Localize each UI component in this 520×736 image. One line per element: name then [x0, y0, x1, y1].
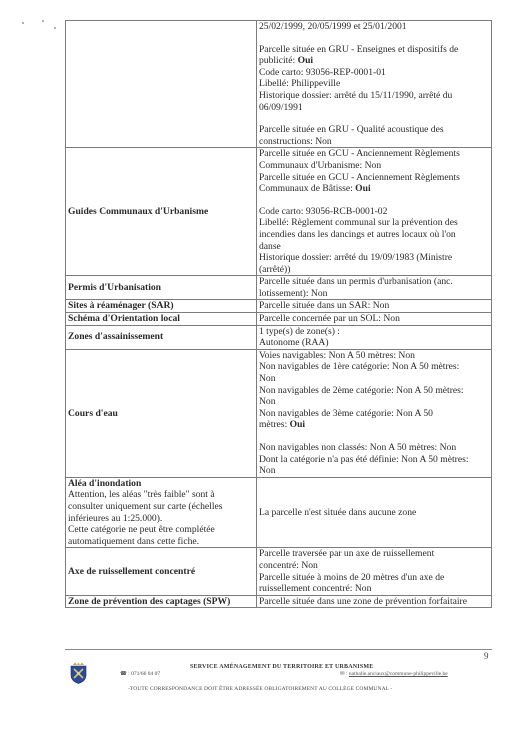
value-text: Non navigables non classés: Non A 50 mèt… [259, 442, 456, 453]
row-label-text: Guides Communaux d'Urbanisme [68, 206, 254, 218]
value-text: 25/02/1999, 20/05/1999 et 25/01/2001 [259, 21, 407, 32]
value-text: Parcelle située dans un SAR: Non [259, 300, 389, 311]
row-value: Parcelle située dans un SAR: Non [256, 300, 491, 313]
value-text: Communaux d'Urbanisme: Non [259, 160, 381, 171]
row-label-note: consulter uniquement sur carte (échelles [68, 501, 254, 513]
row-value: Parcelle concernée par un SOL: Non [256, 313, 491, 326]
page-number: 9 [484, 651, 489, 661]
row-label: Guides Communaux d'Urbanisme [66, 148, 257, 276]
value-line: Code carto: 93056-REP-0001-01 [259, 67, 489, 79]
value-line: Non [259, 396, 489, 408]
row-value: Parcelle située dans une zone de prévent… [256, 595, 491, 608]
scan-specks [20, 18, 60, 30]
value-text: Parcelle située en GCU - Anciennement Rè… [259, 148, 460, 159]
value-line: constructions: Non [259, 136, 489, 148]
value-line: Parcelle située en GCU - Anciennement Rè… [259, 172, 489, 184]
table-row: Aléa d'inondationAttention, les aléas "t… [66, 477, 492, 548]
value-line: Non [259, 373, 489, 385]
value-text: Non [259, 373, 276, 384]
value-line: Parcelle située dans un permis d'urbanis… [259, 276, 489, 288]
value-text: danse [259, 241, 281, 252]
value-text: La parcelle n'est située dans aucune zon… [259, 507, 416, 518]
value-line: Parcelle située à moins de 20 mètres d'u… [259, 572, 489, 584]
value-line: Historique dossier: arrêté du 15/11/1990… [259, 90, 489, 102]
footer-divider [65, 649, 492, 650]
value-line: publicité: Oui [259, 55, 489, 67]
paragraph-gap [259, 113, 489, 124]
envelope-icon: ✉ [340, 671, 345, 677]
value-text: Libellé: Règlement communal sur la préve… [259, 217, 458, 228]
value-line: 06/09/1991 [259, 102, 489, 114]
row-label: Permis d'Urbanisation [66, 276, 257, 300]
value-line: Parcelle concernée par un SOL: Non [259, 313, 489, 325]
value-text: (arrêté)) [259, 264, 290, 275]
value-line: (arrêté)) [259, 264, 489, 276]
value-text: Parcelle située dans une zone de prévent… [259, 596, 467, 607]
value-text: publicité: [259, 55, 298, 66]
table-row: Axe de ruissellement concentréParcelle t… [66, 548, 492, 595]
row-label-text: Aléa d'inondation [68, 478, 254, 490]
row-label-text: Zones d'assainissement [68, 331, 254, 343]
value-text: 06/09/1991 [259, 102, 303, 113]
value-line: Parcelle située en GRU - Enseignes et di… [259, 44, 489, 56]
value-line: Non navigables de 2ème catégorie: Non A … [259, 385, 489, 397]
value-text: Parcelle située en GRU - Qualité acousti… [259, 124, 444, 135]
value-text: concentré: Non [259, 560, 318, 571]
value-text: Voies navigables: Non A 50 mètres: Non [259, 350, 415, 361]
row-label: Schéma d'Orientation local [66, 313, 257, 326]
value-text: Parcelle traversée par un axe de ruissel… [259, 548, 434, 559]
value-emphasis: Oui [355, 183, 370, 194]
value-emphasis: Oui [298, 55, 313, 66]
value-text: Parcelle située en GRU - Enseignes et di… [259, 44, 458, 55]
value-text: Communaux de Bâtisse: [259, 183, 355, 194]
value-line: Libellé: Règlement communal sur la préve… [259, 217, 489, 229]
table-row: Sites à réaménager (SAR)Parcelle située … [66, 300, 492, 313]
value-line: ruissellement concentré: Non [259, 583, 489, 595]
value-text: Non [259, 465, 276, 476]
row-label: Axe de ruissellement concentré [66, 548, 257, 595]
footer-email: ✉ : nathalie.anciaux@commune-philippevil… [340, 671, 448, 677]
value-line: Parcelle située dans un SAR: Non [259, 300, 489, 312]
row-label: Aléa d'inondationAttention, les aléas "t… [66, 477, 257, 548]
value-text: Parcelle située à moins de 20 mètres d'u… [259, 572, 444, 583]
row-label-note: automatiquement dans cette fiche. [68, 536, 254, 548]
value-text: Code carto: 93056-RCB-0001-02 [259, 206, 387, 217]
value-text: Non [259, 396, 276, 407]
value-text: mètres: [259, 419, 290, 430]
footer-phone: ☎ : 071/66 04 07 [120, 671, 160, 677]
value-line: Voies navigables: Non A 50 mètres: Non [259, 350, 489, 362]
value-text: Non navigables de 1ère catégorie: Non A … [259, 361, 459, 372]
row-label-text: Axe de ruissellement concentré [68, 566, 254, 578]
row-label-note: Cette catégorie ne peut être complétée [68, 524, 254, 536]
value-text: Parcelle concernée par un SOL: Non [259, 313, 400, 324]
value-line: Non navigables de 3ème catégorie: Non A … [259, 408, 489, 420]
table-row: Zone de prévention des captages (SPW)Par… [66, 595, 492, 608]
value-text: Non navigables de 3ème catégorie: Non A … [259, 408, 433, 419]
row-value: Parcelle située en GCU - Anciennement Rè… [256, 148, 491, 276]
value-line: Non navigables de 1ère catégorie: Non A … [259, 361, 489, 373]
parcel-info-table: 25/02/1999, 20/05/1999 et 25/01/2001Parc… [65, 20, 492, 608]
row-value: La parcelle n'est située dans aucune zon… [256, 477, 491, 548]
row-label-text: Cours d'eau [68, 408, 254, 420]
footer-notice: -TOUTE CORRESPONDANCE DOIT ÊTRE ADRESSÉE… [128, 686, 392, 692]
value-text: Parcelle située en GCU - Anciennement Rè… [259, 172, 460, 183]
value-text: ruissellement concentré: Non [259, 583, 371, 594]
value-line: Communaux de Bâtisse: Oui [259, 183, 489, 195]
value-text: Libellé: Philippeville [259, 78, 340, 89]
row-label [66, 21, 257, 148]
value-line: Communaux d'Urbanisme: Non [259, 160, 489, 172]
paragraph-gap [259, 33, 489, 44]
table-row: Cours d'eauVoies navigables: Non A 50 mè… [66, 349, 492, 477]
value-text: Parcelle située dans un permis d'urbanis… [259, 276, 453, 287]
value-line: Parcelle située en GCU - Anciennement Rè… [259, 148, 489, 160]
value-text: 1 type(s) de zone(s) : [259, 326, 340, 337]
row-label-text: Sites à réaménager (SAR) [68, 300, 254, 312]
row-label-note: Attention, les aléas "très faible" sont … [68, 489, 254, 501]
value-line: Parcelle située dans une zone de prévent… [259, 596, 489, 608]
row-value: 1 type(s) de zone(s) :Autonome (RAA) [256, 325, 491, 349]
value-line: Parcelle située en GRU - Qualité acousti… [259, 124, 489, 136]
email-link[interactable]: nathalie.anciaux@commune-philippeville.b… [349, 671, 448, 677]
table-row: Permis d'UrbanisationParcelle située dan… [66, 276, 492, 300]
value-text: Code carto: 93056-REP-0001-01 [259, 67, 386, 78]
row-label-text: Permis d'Urbanisation [68, 282, 254, 294]
value-line: Dont la catégorie n'a pas été définie: N… [259, 454, 489, 466]
paragraph-gap [259, 195, 489, 206]
phone-number: 071/66 04 07 [131, 671, 160, 677]
footer-service-title: SERVICE AMÉNAGEMENT DU TERRITOIRE ET URB… [190, 664, 373, 670]
value-emphasis: Oui [290, 419, 305, 430]
row-label: Zones d'assainissement [66, 325, 257, 349]
row-label: Zone de prévention des captages (SPW) [66, 595, 257, 608]
value-text: constructions: Non [259, 136, 332, 147]
value-line: mètres: Oui [259, 419, 489, 431]
table-row: 25/02/1999, 20/05/1999 et 25/01/2001Parc… [66, 21, 492, 148]
value-line: 25/02/1999, 20/05/1999 et 25/01/2001 [259, 21, 489, 33]
row-label-text: Zone de prévention des captages (SPW) [68, 596, 254, 608]
value-line: Non navigables non classés: Non A 50 mèt… [259, 442, 489, 454]
value-text: Dont la catégorie n'a pas été définie: N… [259, 454, 469, 465]
paragraph-gap [259, 431, 489, 442]
value-text: incendies dans les dancings et autres lo… [259, 229, 456, 240]
telephone-icon: ☎ [120, 671, 127, 677]
table-row: Zones d'assainissement1 type(s) de zone(… [66, 325, 492, 349]
value-line: La parcelle n'est située dans aucune zon… [259, 507, 489, 519]
row-label-note: inférieures au 1:25.000). [68, 513, 254, 525]
value-text: lotissement): Non [259, 288, 327, 299]
value-line: incendies dans les dancings et autres lo… [259, 229, 489, 241]
value-line: danse [259, 241, 489, 253]
row-value: Voies navigables: Non A 50 mètres: NonNo… [256, 349, 491, 477]
value-text: Non navigables de 2ème catégorie: Non A … [259, 385, 464, 396]
municipal-crest-icon [70, 662, 87, 684]
row-value: 25/02/1999, 20/05/1999 et 25/01/2001Parc… [256, 21, 491, 148]
value-line: 1 type(s) de zone(s) : [259, 326, 489, 338]
value-text: Historique dossier: arrêté du 19/09/1983… [259, 252, 452, 263]
value-line: Code carto: 93056-RCB-0001-02 [259, 206, 489, 218]
row-label: Sites à réaménager (SAR) [66, 300, 257, 313]
table-row: Schéma d'Orientation localParcelle conce… [66, 313, 492, 326]
row-value: Parcelle traversée par un axe de ruissel… [256, 548, 491, 595]
value-line: Libellé: Philippeville [259, 78, 489, 90]
value-line: Parcelle traversée par un axe de ruissel… [259, 548, 489, 560]
row-label: Cours d'eau [66, 349, 257, 477]
value-line: Autonome (RAA) [259, 337, 489, 349]
value-text: Historique dossier: arrêté du 15/11/1990… [259, 90, 452, 101]
value-line: Historique dossier: arrêté du 19/09/1983… [259, 252, 489, 264]
table-row: Guides Communaux d'UrbanismeParcelle sit… [66, 148, 492, 276]
value-line: lotissement): Non [259, 288, 489, 300]
row-value: Parcelle située dans un permis d'urbanis… [256, 276, 491, 300]
value-line: Non [259, 465, 489, 477]
row-label-text: Schéma d'Orientation local [68, 313, 254, 325]
value-line: concentré: Non [259, 560, 489, 572]
value-text: Autonome (RAA) [259, 337, 329, 348]
